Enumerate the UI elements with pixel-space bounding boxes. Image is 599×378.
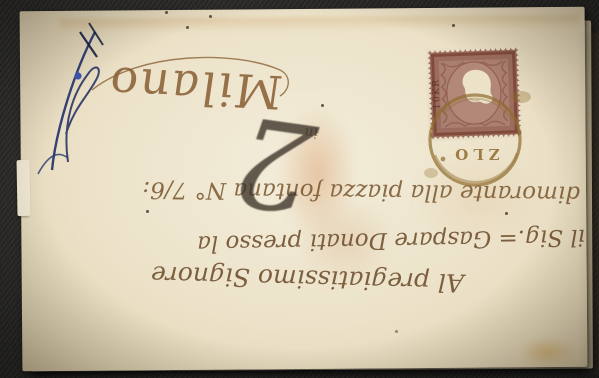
cds-postmark: ZLO [405, 85, 550, 197]
ink-speck [186, 26, 189, 29]
postmark-letters: ZLO [450, 145, 500, 163]
ink-speck [146, 210, 149, 213]
ink-speck [505, 212, 508, 215]
ink-speck [165, 11, 168, 14]
photo-of-postal-cover: Milano in dimorante alla piazza fontana … [0, 0, 599, 378]
ink-speck [452, 24, 455, 27]
ink-speck [395, 330, 398, 333]
ink-speck [209, 15, 212, 18]
tax-numeral-mark: 2 [196, 93, 322, 229]
